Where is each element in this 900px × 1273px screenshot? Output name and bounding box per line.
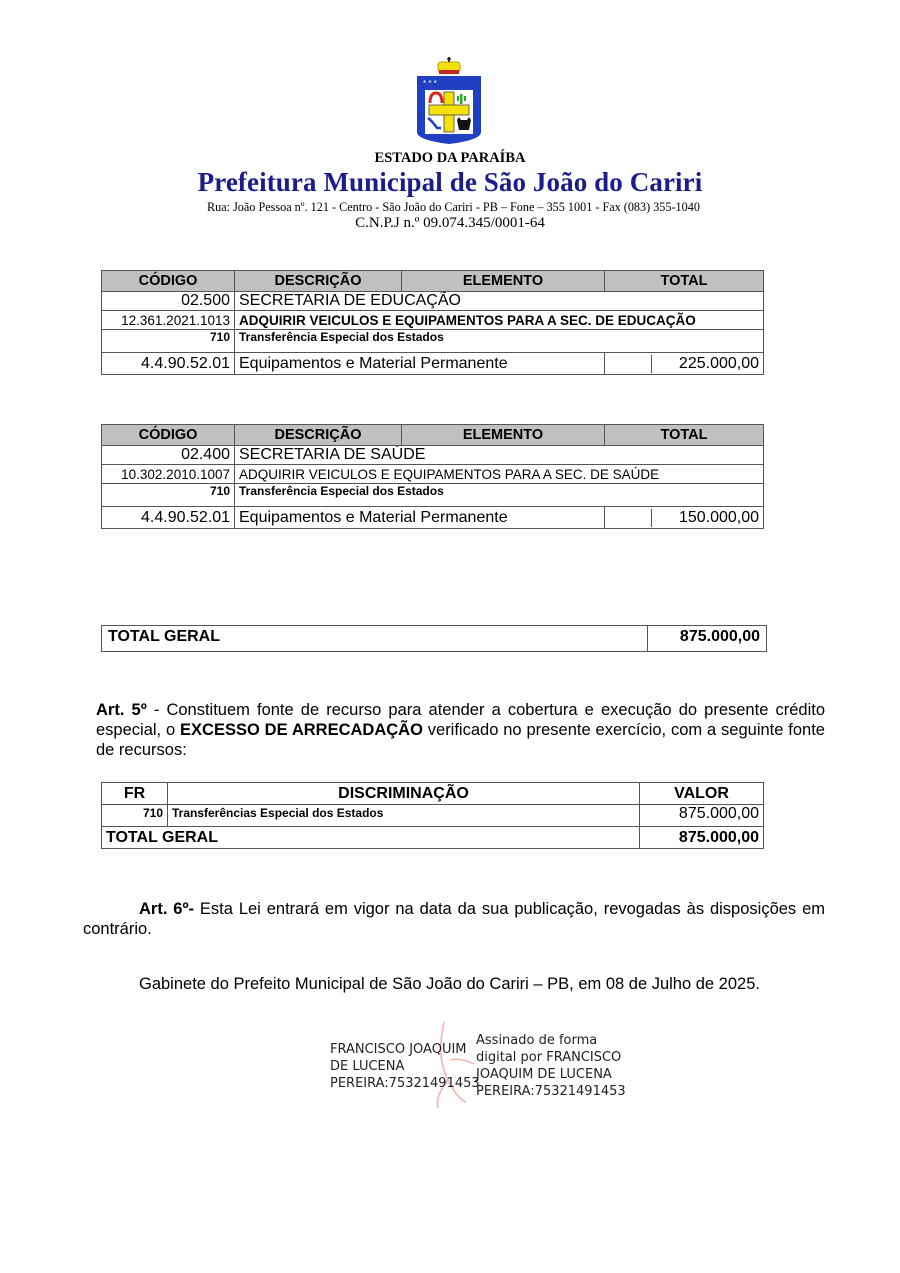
element-name: Equipamentos e Material Permanente [235,353,605,375]
stamp-line: PEREIRA:75321491453 [476,1083,626,1100]
signature-stamp: Assinado de forma digital por FRANCISCO … [476,1032,626,1100]
table-row: 02.500 SECRETARIA DE EDUCAÇÃO [102,292,764,311]
budget-table-health: CÓDIGO DESCRIÇÃO ELEMENTO TOTAL 02.400 S… [101,424,764,529]
element-total: 225.000,00 [605,353,764,375]
element-name: Equipamentos e Material Permanente [235,507,605,529]
article-5: Art. 5º - Constituem fonte de recurso pa… [96,700,825,760]
table-row: 710 Transferência Especial dos Estados [102,330,764,353]
signer-name: FRANCISCO JOAQUIM DE LUCENA PEREIRA:7532… [330,1041,480,1092]
secretaria-code: 02.400 [102,446,235,465]
fonte-name: Transferência Especial dos Estados [235,484,764,507]
element-total-value: 225.000,00 [651,355,763,373]
svg-text:* * *: * * * [423,79,437,88]
table-row: 710 Transferência Especial dos Estados [102,484,764,507]
table-row: 12.361.2021.1013 ADQUIRIR VEICULOS E EQU… [102,311,764,330]
secretaria-name: SECRETARIA DE EDUCAÇÃO [235,292,764,311]
budget-table-education: CÓDIGO DESCRIÇÃO ELEMENTO TOTAL 02.500 S… [101,270,764,375]
fonte-code: 710 [102,484,235,507]
element-total-value: 150.000,00 [651,509,763,527]
fonte-name: Transferência Especial dos Estados [235,330,764,353]
col-elemento: ELEMENTO [402,271,605,292]
col-codigo: CÓDIGO [102,425,235,446]
col-descricao: DESCRIÇÃO [235,271,402,292]
fr-code: 710 [102,805,168,827]
total-geral-value: 875.000,00 [648,626,766,651]
stamp-line: digital por FRANCISCO [476,1049,626,1066]
signer-name-line: FRANCISCO JOAQUIM [330,1041,480,1058]
signer-name-line: DE LUCENA [330,1058,480,1075]
table-row: 10.302.2010.1007 ADQUIRIR VEICULOS E EQU… [102,465,764,484]
table-row-total: TOTAL GERAL 875.000,00 [102,827,764,849]
table-row: 4.4.90.52.01 Equipamentos e Material Per… [102,353,764,375]
element-code: 4.4.90.52.01 [102,507,235,529]
project-name: ADQUIRIR VEICULOS E EQUIPAMENTOS PARA A … [235,465,764,484]
article-5-bold: EXCESSO DE ARRECADAÇÃO [180,721,423,739]
element-code: 4.4.90.52.01 [102,353,235,375]
fr-total-value: 875.000,00 [640,827,764,849]
secretaria-code: 02.500 [102,292,235,311]
cnpj-line: C.N.P.J n.º 09.074.345/0001-64 [0,215,900,232]
article-5-lead: Art. 5º [96,701,147,719]
article-6-lead: Art. 6º- [139,900,194,918]
total-geral-box: TOTAL GERAL 875.000,00 [101,625,767,652]
digital-signature-block: FRANCISCO JOAQUIM DE LUCENA PEREIRA:7532… [330,1025,630,1125]
project-name: ADQUIRIR VEICULOS E EQUIPAMENTOS PARA A … [235,311,764,330]
article-6-text: Esta Lei entrará em vigor na data da sua… [83,900,825,938]
col-descricao: DESCRIÇÃO [235,425,402,446]
table-row: 4.4.90.52.01 Equipamentos e Material Per… [102,507,764,529]
element-total: 150.000,00 [605,507,764,529]
secretaria-name: SECRETARIA DE SAÚDE [235,446,764,465]
total-geral-label: TOTAL GERAL [102,626,648,651]
municipal-coat-of-arms-icon: * * * [415,56,483,146]
article-6: Art. 6º- Esta Lei entrará em vigor na da… [83,899,825,939]
fonte-code: 710 [102,330,235,353]
project-code: 12.361.2021.1013 [102,311,235,330]
state-name: ESTADO DA PARAÍBA [0,150,900,167]
project-code: 10.302.2010.1007 [102,465,235,484]
col-elemento: ELEMENTO [402,425,605,446]
table-row: 710 Transferências Especial dos Estados … [102,805,764,827]
col-codigo: CÓDIGO [102,271,235,292]
col-total: TOTAL [605,271,764,292]
address-line: Rua: João Pessoa nº. 121 - Centro - São … [207,200,700,215]
signer-name-line: PEREIRA:75321491453 [330,1075,480,1092]
stamp-line: JOAQUIM DE LUCENA [476,1066,626,1083]
col-discriminacao: DISCRIMINAÇÃO [168,783,640,805]
fr-discriminacao: Transferências Especial dos Estados [168,805,640,827]
fr-total-label: TOTAL GERAL [102,827,640,849]
col-fr: FR [102,783,168,805]
municipality-title: Prefeitura Municipal de São João do Cari… [0,167,900,198]
fonte-recurso-table: FR DISCRIMINAÇÃO VALOR 710 Transferência… [101,782,764,849]
gabinete-line: Gabinete do Prefeito Municipal de São Jo… [139,975,760,994]
col-total: TOTAL [605,425,764,446]
col-valor: VALOR [640,783,764,805]
table-row: 02.400 SECRETARIA DE SAÚDE [102,446,764,465]
stamp-line: Assinado de forma [476,1032,626,1049]
fr-valor: 875.000,00 [640,805,764,827]
